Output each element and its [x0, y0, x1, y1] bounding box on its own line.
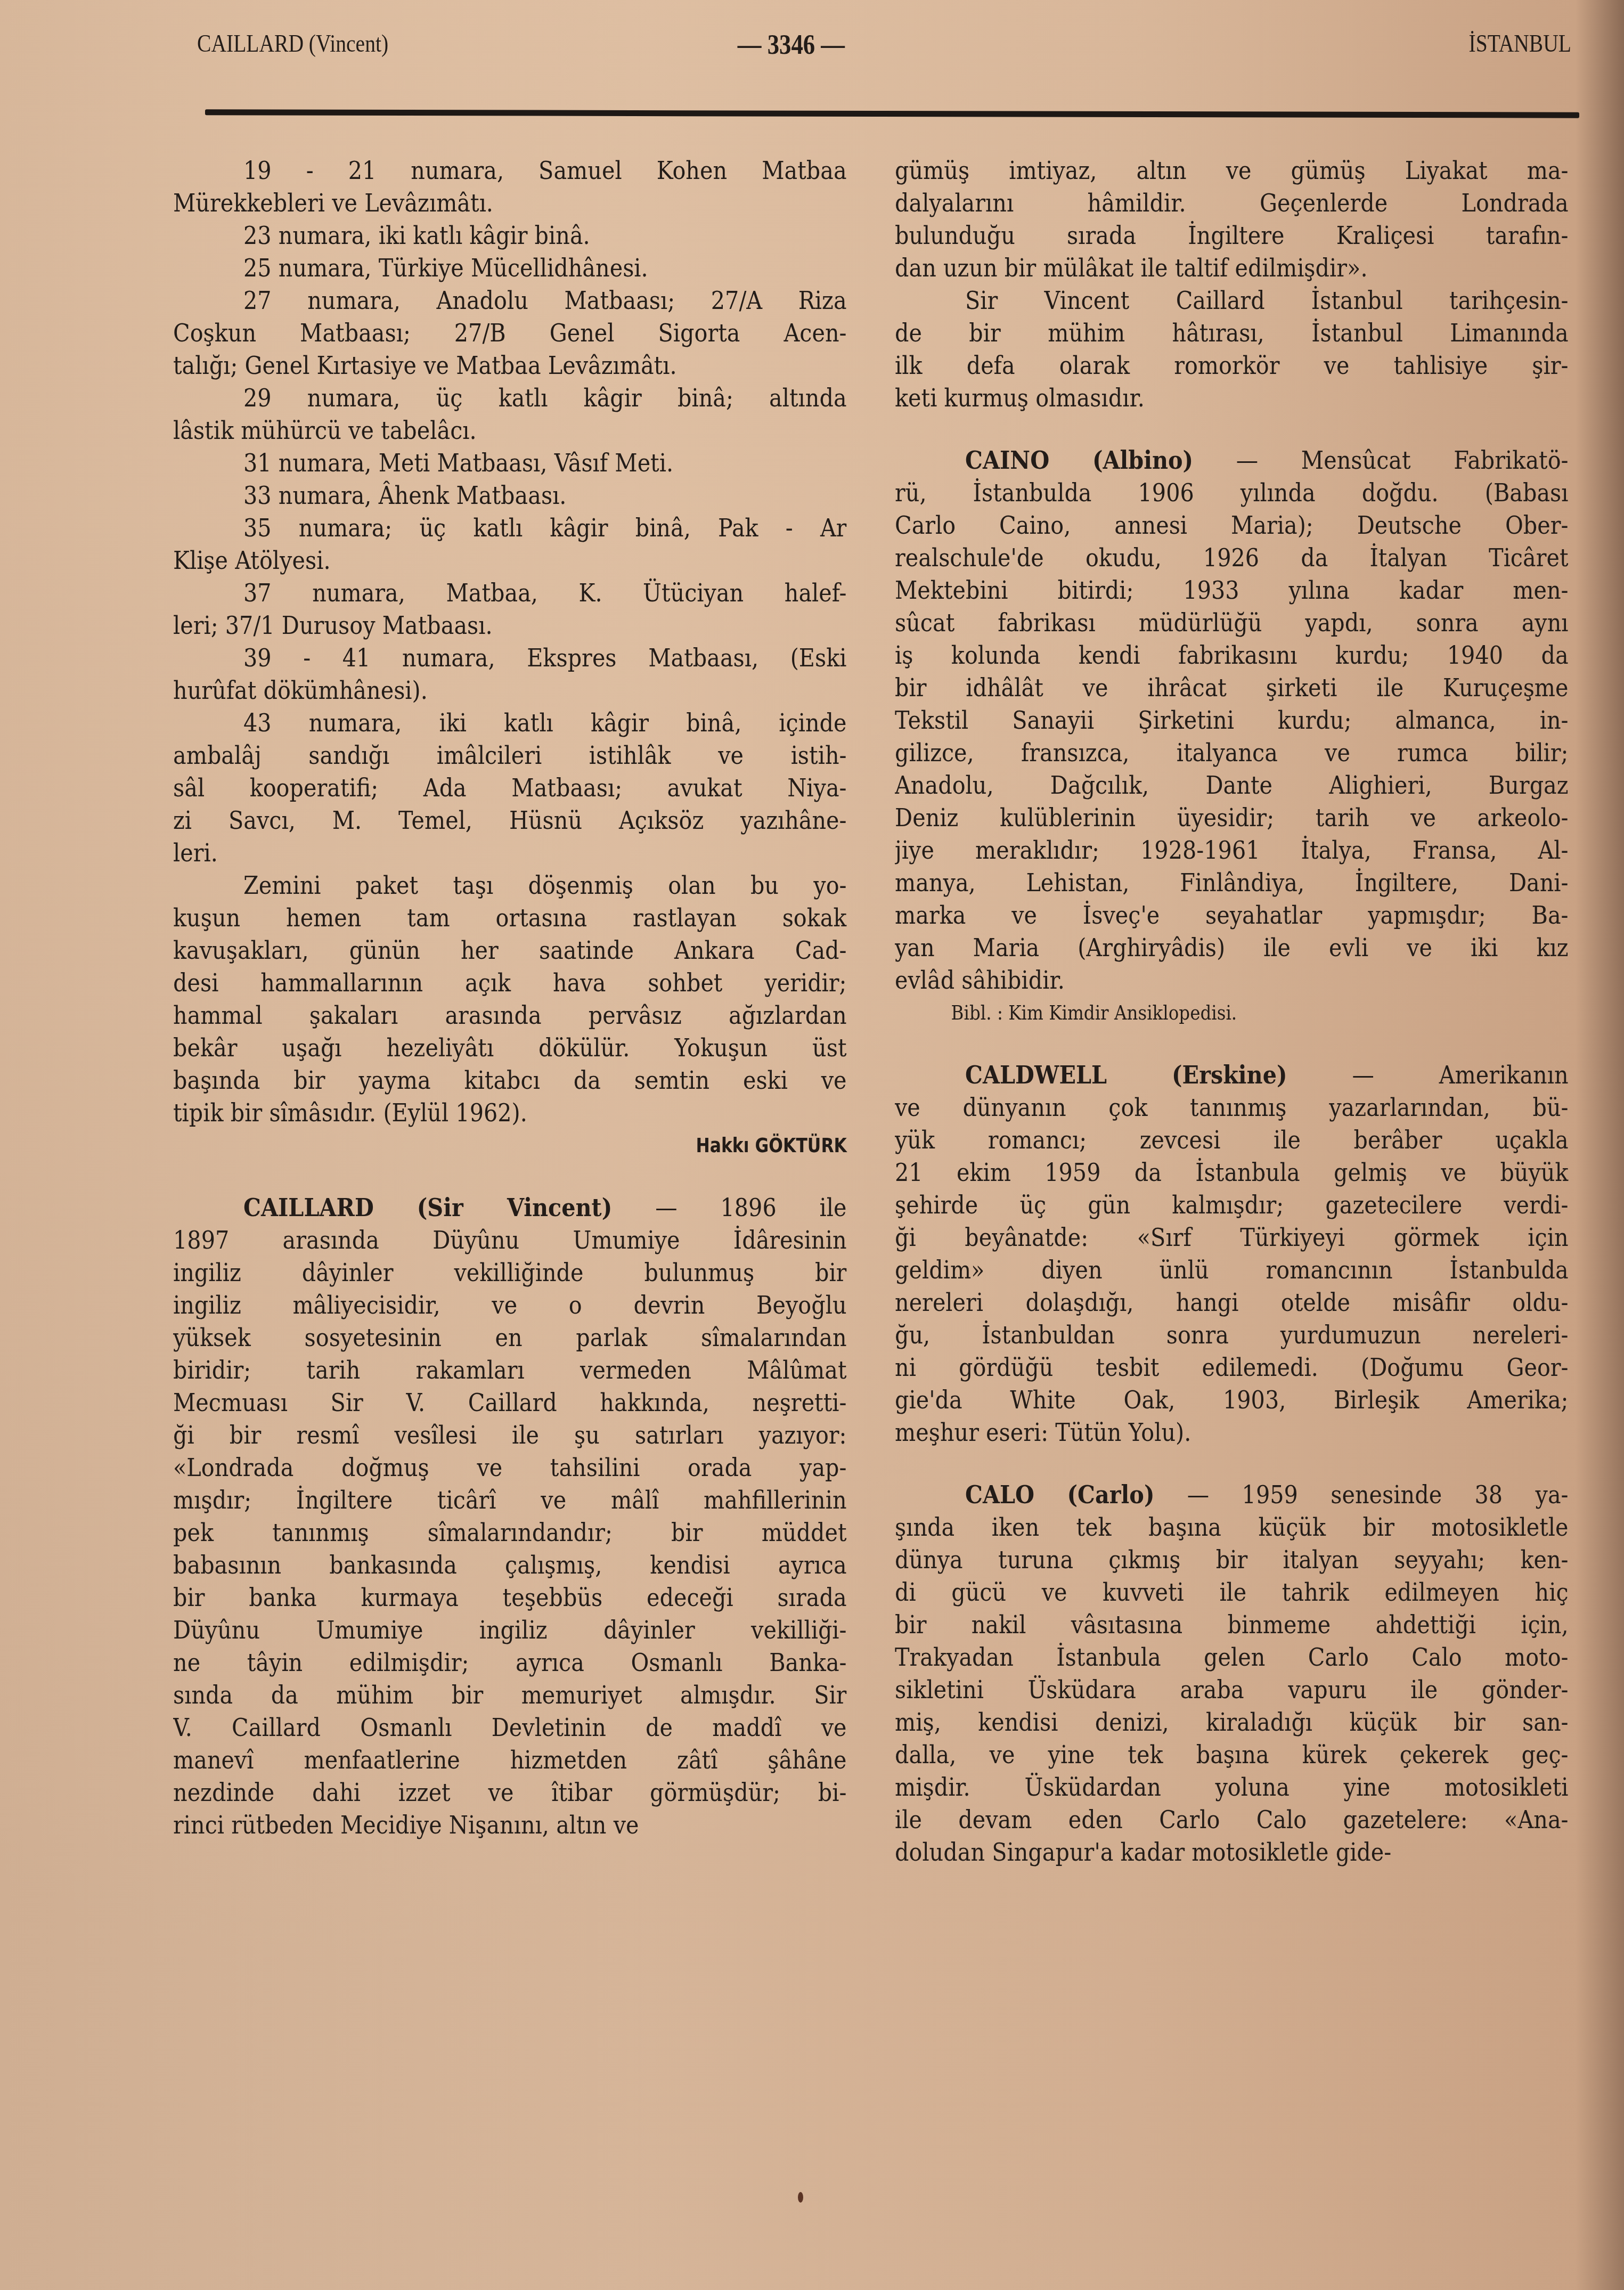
text-line: miş, kendisi denizi, kiraladığı küçük bi… — [895, 1706, 1569, 1739]
text-line: ambalâj sandığı imâlcileri istihlâk ve i… — [173, 739, 847, 772]
encyclopedia-entry: CALDWELL (Erskine) — Amerikanınve dünyan… — [895, 1059, 1569, 1449]
text-line: babasının bankasında çalışmış, kendisi a… — [173, 1549, 847, 1582]
text-line: 23 numara, iki katlı kâgir binâ. — [173, 219, 847, 252]
entry-first-line: CALDWELL (Erskine) — Amerikanın — [895, 1059, 1569, 1091]
encyclopedia-entry: CALO (Carlo) — 1959 senesinde 38 ya-şınd… — [895, 1479, 1569, 1869]
text-line: bir idhâlât ve ihrâcat şirketi ile Kuruç… — [895, 672, 1569, 704]
entry-qualifier: (Sir Vincent) — [417, 1193, 612, 1223]
text-line: talığı; Genel Kırtasiye ve Matbaa Levâzı… — [173, 349, 847, 382]
text-line: «Londrada doğmuş ve tahsilini orada yap- — [173, 1452, 847, 1484]
text-line: biridir; tarih rakamları vermeden Mâlûma… — [173, 1354, 847, 1387]
text-line: sında da mühim bir memuriyet almışdır. S… — [173, 1679, 847, 1712]
header-volume-title: İSTANBUL — [1469, 29, 1571, 58]
text-line: kuşun hemen tam ortasına rastlayan sokak — [173, 902, 847, 934]
text-line: gie'da White Oak, 1903, Birleşik Amerika… — [895, 1384, 1569, 1416]
text-line: ilk defa olarak romorkör ve tahlisiye şi… — [895, 349, 1569, 382]
text-line: mışdır; İngiltere ticârî ve mâlî mahfill… — [173, 1484, 847, 1517]
text-line: 39 - 41 numara, Ekspres Matbaası, (Eski — [173, 642, 847, 674]
text-line: şında iken tek başına küçük bir motosikl… — [895, 1511, 1569, 1544]
text-line: geldim» diyen ünlü romancının İstanbulda — [895, 1254, 1569, 1286]
text-line: zi Savcı, M. Temel, Hüsnü Açıksöz yazıhâ… — [173, 804, 847, 837]
text-line: 25 numara, Türkiye Mücellidhânesi. — [173, 252, 847, 284]
paragraph: 37 numara, Matbaa, K. Ütüciyan halef-ler… — [173, 577, 847, 642]
text-line: jiye meraklıdır; 1928-1961 İtalya, Frans… — [895, 834, 1569, 867]
entry-headword: CAINO — [965, 446, 1049, 475]
text-line: sûcat fabrikası müdürlüğü yapdı, sonra a… — [895, 607, 1569, 639]
entry-lead-text: — 1959 senesinde 38 ya- — [1187, 1480, 1569, 1510]
text-line: 35 numara; üç katlı kâgir binâ, Pak - Ar — [173, 512, 847, 544]
text-line: iş kolunda kendi fabrikasını kurdu; 1940… — [895, 639, 1569, 672]
text-line: 1897 arasında Düyûnu Umumiye İdâresinin — [173, 1224, 847, 1257]
spacer — [173, 1162, 847, 1192]
text-line: Deniz kulüblerinin üyesidir; tarih ve ar… — [895, 802, 1569, 834]
text-line: rinci rütbeden Mecidiye Nişanını, altın … — [173, 1809, 847, 1841]
text-line: 43 numara, iki katlı kâgir binâ, içinde — [173, 707, 847, 739]
ink-spot — [798, 2192, 803, 2203]
text-line: Klişe Atölyesi. — [173, 544, 847, 577]
text-line: leri; 37/1 Durusoy Matbaası. — [173, 609, 847, 642]
text-line: realschule'de okudu, 1926 da İtalyan Tic… — [895, 542, 1569, 574]
page-number: — 3346 — — [738, 29, 845, 61]
text-line: V. Caillard Osmanlı Devletinin de maddî … — [173, 1712, 847, 1744]
entry-first-line: CAILLARD (Sir Vincent) — 1896 ile — [173, 1192, 847, 1224]
spacer — [895, 414, 1569, 444]
right-column: gümüş imtiyaz, altın ve gümüş Liyakat ma… — [895, 154, 1569, 1869]
text-line: ile devam eden Carlo Calo gazetelere: «A… — [895, 1804, 1569, 1836]
text-line: evlâd sâhibidir. — [895, 964, 1569, 997]
encyclopedia-entry: CAINO (Albino) — Mensûcat Fabrikatö-rü, … — [895, 444, 1569, 997]
encyclopedia-page: CAILLARD (Vincent) — 3346 — İSTANBUL 19 … — [0, 0, 1624, 2290]
text-line: Sir Vincent Caillard İstanbul tarihçesin… — [895, 284, 1569, 317]
encyclopedia-entry: CAILLARD (Sir Vincent) — 1896 ile1897 ar… — [173, 1192, 847, 1841]
text-line: ği beyânatde: «Sırf Türkiyeyi görmek içi… — [895, 1221, 1569, 1254]
text-line: Anadolu, Dağcılık, Dante Alighieri, Burg… — [895, 769, 1569, 802]
text-line: mişdir. Üsküdardan yoluna yine motosikle… — [895, 1771, 1569, 1804]
text-line: ingiliz mâliyecisidir, ve o devrin Beyoğ… — [173, 1289, 847, 1322]
text-line: tipik bir sîmâsıdır. (Eylül 1962). — [173, 1097, 847, 1129]
entry-first-line: CALO (Carlo) — 1959 senesinde 38 ya- — [895, 1479, 1569, 1511]
text-line: ingiliz dâyinler vekilliğinde bulunmuş b… — [173, 1257, 847, 1289]
text-line: gilizce, fransızca, italyanca ve rumca b… — [895, 737, 1569, 769]
text-line: marka ve İsveç'e seyahatlar yapmışdır; B… — [895, 899, 1569, 932]
text-line: ni gördüğü tesbit edilemedi. (Doğumu Geo… — [895, 1351, 1569, 1384]
entry-lead-text: — 1896 ile — [655, 1193, 846, 1223]
entry-lead-text: — Mensûcat Fabrikatö- — [1236, 446, 1569, 475]
header-rule — [205, 109, 1579, 118]
text-line: başında bir yayma kitabcı da semtin eski… — [173, 1064, 847, 1097]
text-line: nezdinde dahi izzet ve îtibar görmüşdür;… — [173, 1776, 847, 1809]
text-line: rü, İstanbulda 1906 yılında doğdu. (Baba… — [895, 477, 1569, 509]
text-line: di gücü ve kuvveti ile tahrik edilmeyen … — [895, 1576, 1569, 1609]
entry-qualifier: (Albino) — [1092, 446, 1193, 475]
paragraph: 27 numara, Anadolu Matbaası; 27/A RizaCo… — [173, 284, 847, 382]
text-line: ne tâyin edilmişdir; ayrıca Osmanlı Bank… — [173, 1647, 847, 1679]
text-line: ve dünyanın çok tanınmış yazarlarından, … — [895, 1091, 1569, 1124]
text-line: yan Maria (Arghiryâdis) ile evli ve iki … — [895, 932, 1569, 964]
text-line: Mektebini bitirdi; 1933 yılına kadar men… — [895, 574, 1569, 607]
text-line: sikletini Üsküdara araba vapuru ile gönd… — [895, 1674, 1569, 1706]
text-line: 31 numara, Meti Matbaası, Vâsıf Meti. — [173, 447, 847, 479]
author-signature: Hakkı GÖKTÜRK — [274, 1129, 847, 1162]
text-line: 27 numara, Anadolu Matbaası; 27/A Riza — [173, 284, 847, 317]
text-line: bulunduğu sırada İngiltere Kraliçesi tar… — [895, 219, 1569, 252]
text-line: bekâr uşağı hezeliyâtı dökülür. Yokuşun … — [173, 1032, 847, 1064]
text-line: şehirde üç gün kalmışdır; gazetecilere v… — [895, 1189, 1569, 1221]
spacer — [895, 1449, 1569, 1479]
text-line: nereleri dolaşdığı, hangi otelde misâfir… — [895, 1286, 1569, 1319]
entry-lead-text: — Amerikanın — [1352, 1061, 1568, 1090]
entry-qualifier: (Carlo) — [1067, 1480, 1155, 1510]
text-line: Mürekkebleri ve Levâzımâtı. — [173, 187, 847, 219]
text-line: Trakyadan İstanbula gelen Carlo Calo mot… — [895, 1641, 1569, 1674]
text-line: Carlo Caino, annesi Maria); Deutsche Obe… — [895, 509, 1569, 542]
text-line: dan uzun bir mülâkat ile taltif edilmişd… — [895, 252, 1569, 284]
bibliography-note: Bibl. : Kim Kimdir Ansiklopedisi. — [895, 997, 1488, 1029]
text-line: desi hammallarının açık hava sohbet yeri… — [173, 967, 847, 999]
header-entry-name: CAILLARD (Vincent) — [197, 29, 388, 58]
text-line: manya, Lehistan, Finlândiya, İngiltere, … — [895, 867, 1569, 899]
text-line: bir banka kurmaya teşebbüs edeceği sırad… — [173, 1582, 847, 1614]
text-line: hammal şakaları arasında pervâsız ağızla… — [173, 999, 847, 1032]
text-line: 29 numara, üç katlı kâgir binâ; altında — [173, 382, 847, 414]
entry-headword: CAILLARD — [243, 1193, 374, 1223]
text-line: ğu, İstanbuldan sonra yurdumuzun nereler… — [895, 1319, 1569, 1351]
paragraph: Sir Vincent Caillard İstanbul tarihçesin… — [895, 284, 1569, 414]
text-line: lâstik mühürcü ve tabelâcı. — [173, 414, 847, 447]
text-line: kavuşakları, günün her saatinde Ankara C… — [173, 934, 847, 967]
text-line: sâl kooperatifi; Ada Matbaası; avukat Ni… — [173, 772, 847, 804]
text-line: Mecmuası Sir V. Caillard hakkında, neşre… — [173, 1387, 847, 1419]
running-header: CAILLARD (Vincent) — 3346 — İSTANBUL — [197, 29, 1379, 61]
paragraph: 25 numara, Türkiye Mücellidhânesi. — [173, 252, 847, 284]
entry-qualifier: (Erskine) — [1172, 1061, 1287, 1090]
text-line: yüksek sosyetesinin en parlak sîmalarınd… — [173, 1322, 847, 1354]
spacer — [895, 1029, 1569, 1059]
text-line: Zemini paket taşı döşenmiş olan bu yo- — [173, 869, 847, 902]
text-line: doludan Singapur'a kadar motosikletle gi… — [895, 1836, 1569, 1869]
text-line: manevî menfaatlerine hizmetden zâtî şâhâ… — [173, 1744, 847, 1776]
text-line: de bir mühim hâtırası, İstanbul Limanınd… — [895, 317, 1569, 349]
text-line: leri. — [173, 837, 847, 869]
entry-first-line: CAINO (Albino) — Mensûcat Fabrikatö- — [895, 444, 1569, 477]
paragraph: 39 - 41 numara, Ekspres Matbaası, (Eskih… — [173, 642, 847, 707]
text-line: dünya turuna çıkmış bir italyan seyyahı;… — [895, 1544, 1569, 1576]
text-line: 37 numara, Matbaa, K. Ütüciyan halef- — [173, 577, 847, 609]
entry-headword: CALDWELL — [965, 1061, 1107, 1090]
text-line: dalyalarını hâmildir. Geçenlerde Londrad… — [895, 187, 1569, 219]
paragraph: Zemini paket taşı döşenmiş olan bu yo-ku… — [173, 869, 847, 1129]
text-line: meşhur eseri: Tütün Yolu). — [895, 1416, 1569, 1449]
text-line: keti kurmuş olmasıdır. — [895, 382, 1569, 414]
text-line: yük romancı; zevcesi ile berâber uçakla — [895, 1124, 1569, 1156]
text-line: Coşkun Matbaası; 27/B Genel Sigorta Acen… — [173, 317, 847, 349]
paragraph: 33 numara, Âhenk Matbaası. — [173, 479, 847, 512]
text-line: 19 - 21 numara, Samuel Kohen Matbaa — [173, 154, 847, 187]
text-line: hurûfat dökümhânesi). — [173, 674, 847, 707]
text-line: pek tanınmış sîmalarındandır; bir müddet — [173, 1517, 847, 1549]
paragraph: 43 numara, iki katlı kâgir binâ, içindea… — [173, 707, 847, 869]
paragraph: 29 numara, üç katlı kâgir binâ; altındal… — [173, 382, 847, 447]
paragraph: 23 numara, iki katlı kâgir binâ. — [173, 219, 847, 252]
text-line: gümüş imtiyaz, altın ve gümüş Liyakat ma… — [895, 154, 1569, 187]
text-line: Düyûnu Umumiye ingiliz dâyinler vekilliğ… — [173, 1614, 847, 1647]
text-line: Tekstil Sanayii Şirketini kurdu; almanca… — [895, 704, 1569, 737]
paragraph: gümüş imtiyaz, altın ve gümüş Liyakat ma… — [895, 154, 1569, 284]
text-line: 21 ekim 1959 da İstanbula gelmiş ve büyü… — [895, 1156, 1569, 1189]
left-column: 19 - 21 numara, Samuel Kohen MatbaaMürek… — [173, 154, 847, 1841]
text-line: 33 numara, Âhenk Matbaası. — [173, 479, 847, 512]
text-line: ği bir resmî vesîlesi ile şu satırları y… — [173, 1419, 847, 1452]
paragraph: 19 - 21 numara, Samuel Kohen MatbaaMürek… — [173, 154, 847, 219]
paragraph: 31 numara, Meti Matbaası, Vâsıf Meti. — [173, 447, 847, 479]
paragraph: 35 numara; üç katlı kâgir binâ, Pak - Ar… — [173, 512, 847, 577]
entry-headword: CALO — [965, 1480, 1034, 1510]
text-line: bir nakil vâsıtasına binmeme ahdettiği i… — [895, 1609, 1569, 1641]
text-line: dalla, ve yine tek başına kürek çekerek … — [895, 1739, 1569, 1771]
